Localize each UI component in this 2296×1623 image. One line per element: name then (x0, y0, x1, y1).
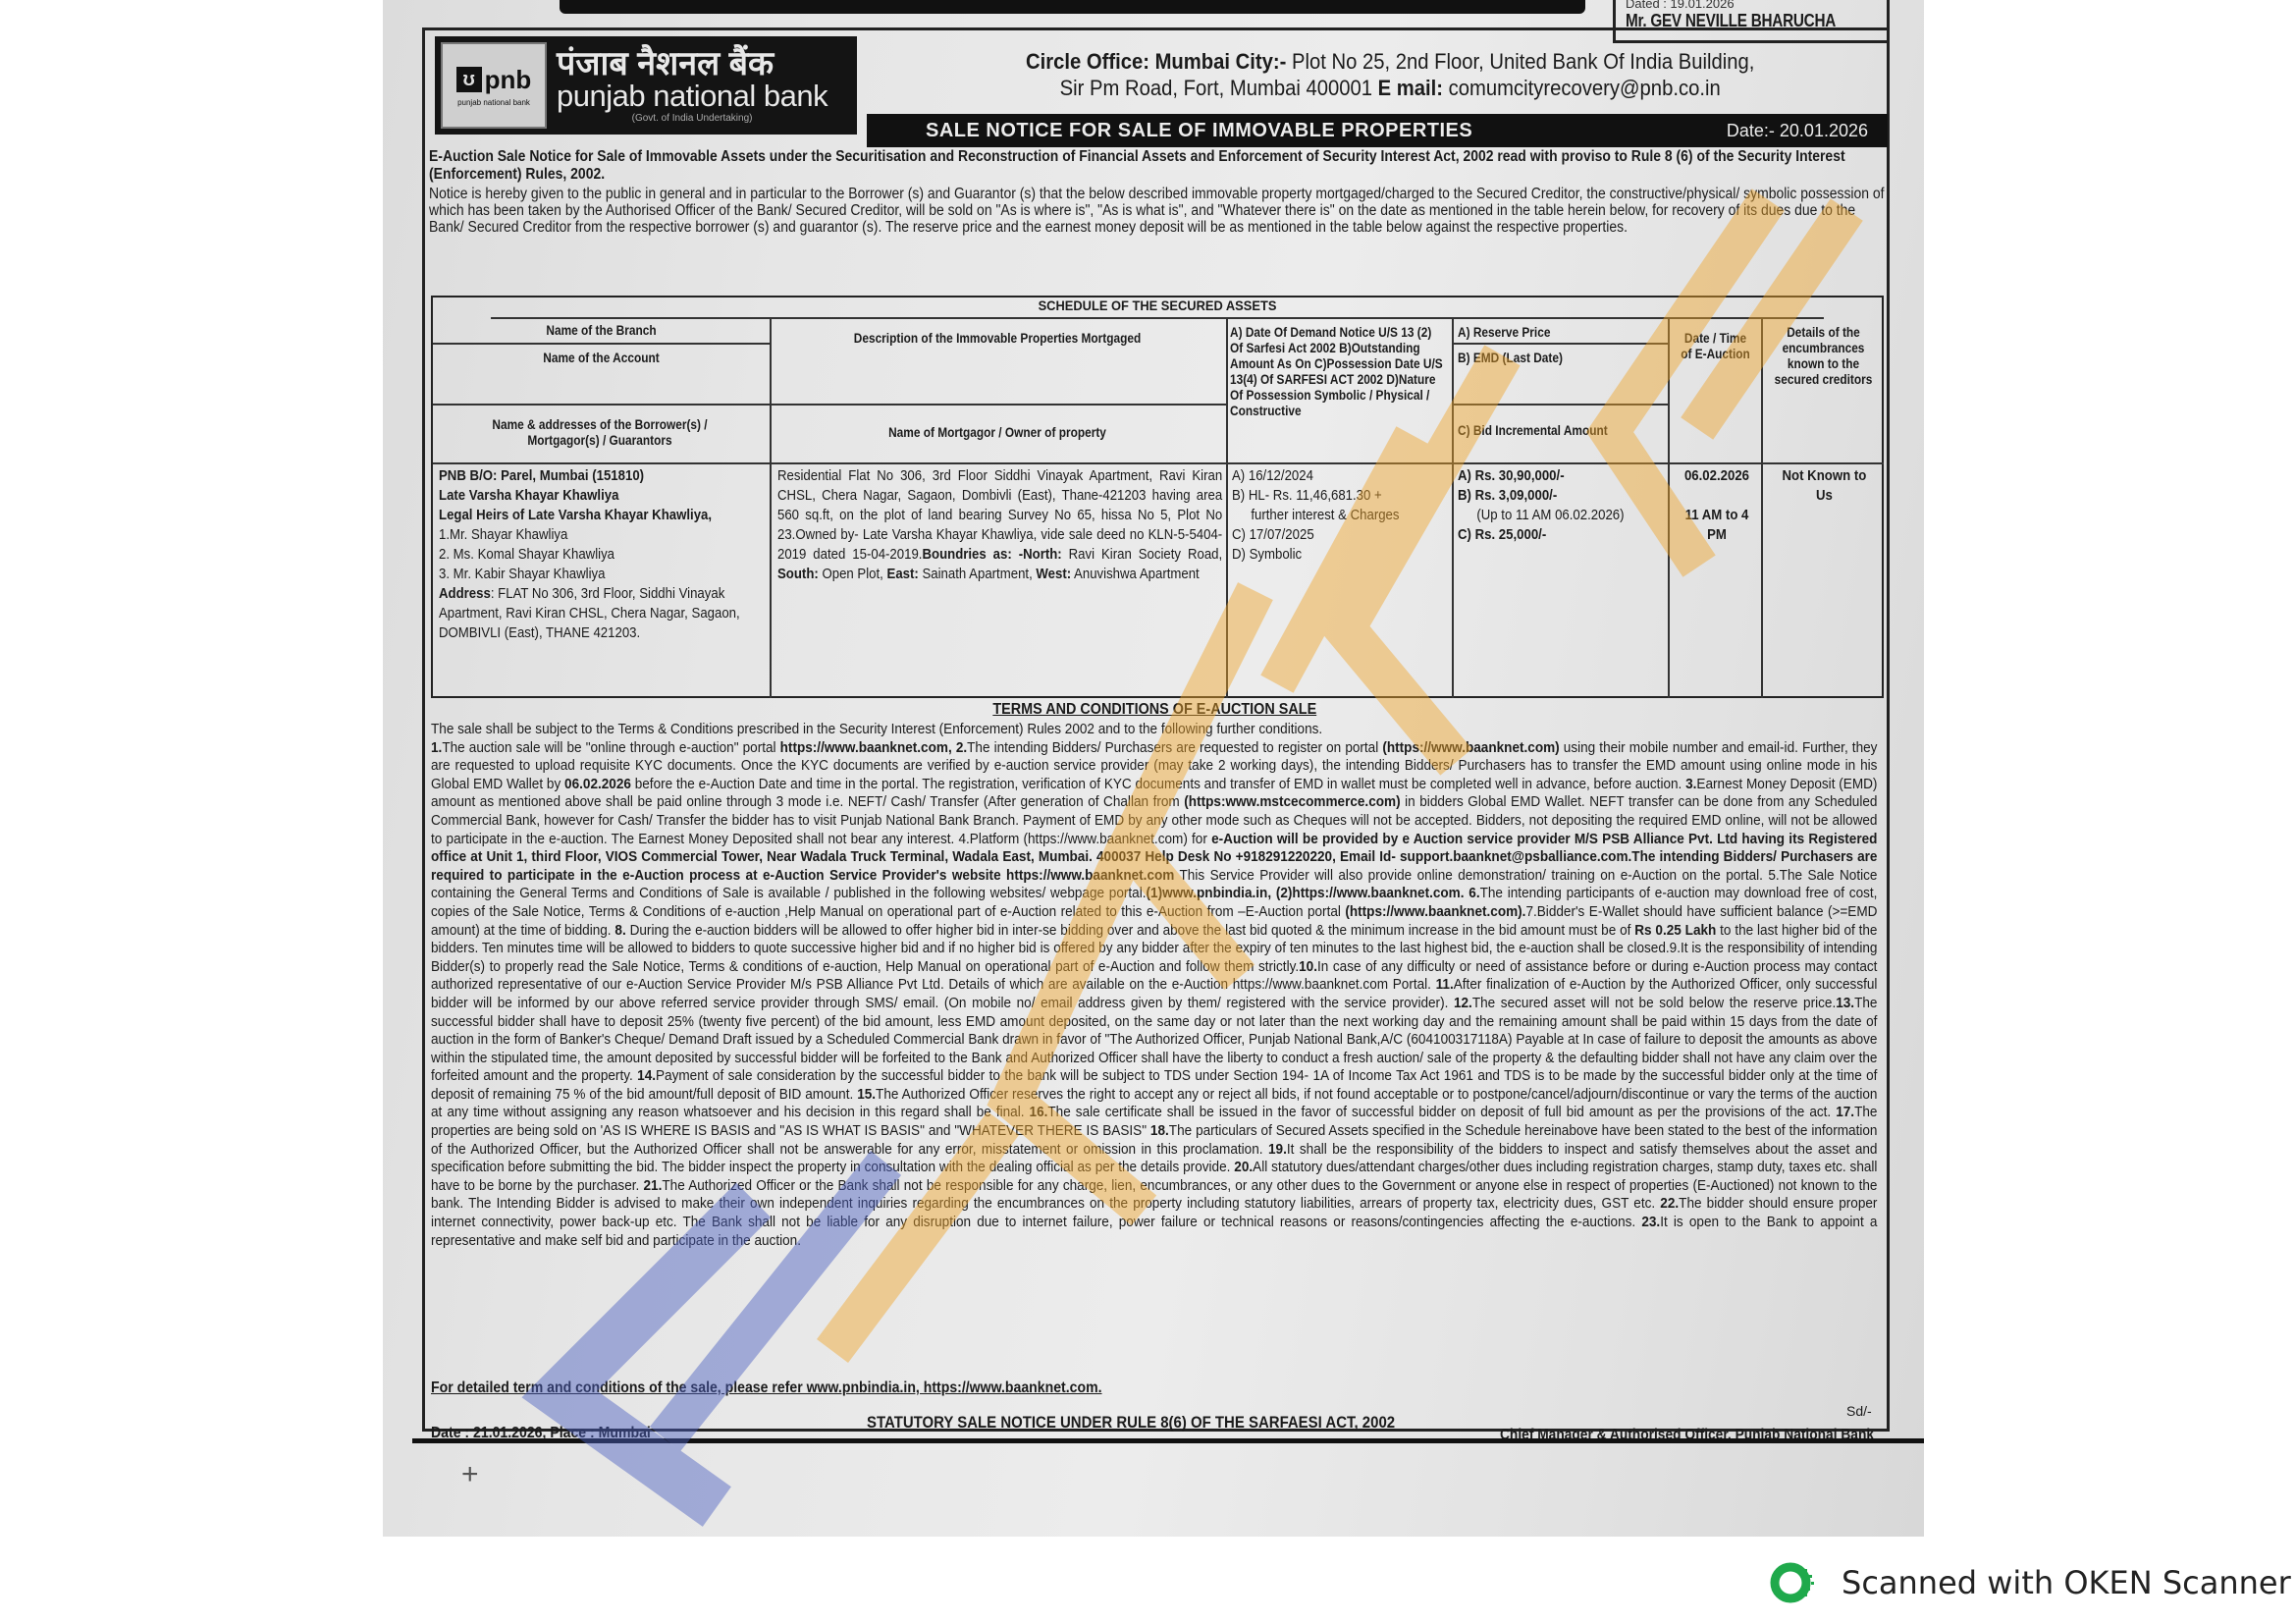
scanner-label: Scanned with OKEN Scanner (1842, 1564, 2291, 1601)
sale-title-band: SALE NOTICE FOR SALE OF IMMOVABLE PROPER… (867, 114, 1888, 147)
col-description: Description of the Immovable Properties … (772, 319, 1228, 698)
reserve-cell: A) Rs. 30,90,000/- B) Rs. 3,09,000/- (Up… (1458, 466, 1670, 545)
oken-scanner-logo-icon (1765, 1553, 1824, 1612)
encumbrances-cell: Not Known to Us (1777, 466, 1872, 506)
logo-english: punjab national bank (557, 81, 828, 113)
statutory-heading: STATUTORY SALE NOTICE UNDER RULE 8(6) OF… (867, 1413, 1395, 1433)
scanner-watermark: Scanned with OKEN Scanner (1765, 1553, 2291, 1612)
pnb-logo-icon: ʊpnb punjab national bank (441, 42, 547, 129)
circle-office-address: Circle Office: Mumbai City:- Plot No 25,… (975, 48, 1805, 101)
logo-hindi: पंजाब नैशनल बैंक (557, 47, 828, 81)
crosshair-mark: + (461, 1458, 479, 1491)
detailed-terms-link: For detailed term and conditions of the … (431, 1380, 1102, 1397)
col-demand: A) Date Of Demand Notice U/S 13 (2) Of S… (1228, 319, 1454, 698)
schedule-title: SCHEDULE OF THE SECURED ASSETS (491, 298, 1824, 319)
col-auction-date: Date / Time of E-Auction 06.02.2026 11 A… (1670, 319, 1763, 698)
borrower-cell: PNB B/O: Parel, Mumbai (151810) Late Var… (439, 466, 772, 643)
top-black-bar (560, 0, 1585, 14)
signbox-dated: Dated : 19.01.2026 (1626, 0, 1877, 11)
bottom-rule (412, 1438, 1924, 1443)
description-cell: Residential Flat No 306, 3rd Floor Siddh… (777, 466, 1222, 584)
terms-body: The sale shall be subject to the Terms &… (431, 721, 1877, 1250)
col-borrower: Name of the Branch Name of the Account N… (433, 319, 772, 698)
sale-notice: ʊpnb punjab national bank पंजाब नैशनल बै… (422, 27, 1890, 1432)
intro-heading: E-Auction Sale Notice for Sale of Immova… (429, 148, 1887, 184)
terms-title: TERMS AND CONDITIONS OF E-AUCTION SALE (992, 701, 1316, 719)
pnb-logo: ʊpnb punjab national bank पंजाब नैशनल बै… (435, 36, 857, 135)
signature-mark: Sd/- (1846, 1403, 1872, 1419)
email-text: comumcityrecovery@pnb.co.in (1449, 76, 1721, 100)
scanned-newspaper-page: Dated : 19.01.2026 Mr. GEV NEVILLE BHARU… (383, 0, 1924, 1537)
auction-date-cell: 06.02.2026 11 AM to 4 PM (1674, 466, 1760, 545)
logo-subtitle: (Govt. of India Undertaking) (557, 113, 828, 124)
intro-body: Notice is hereby given to the public in … (429, 186, 1887, 236)
notice-date: Date:- 20.01.2026 (1727, 121, 1868, 141)
sale-title: SALE NOTICE FOR SALE OF IMMOVABLE PROPER… (886, 120, 1727, 142)
schedule-table: SCHEDULE OF THE SECURED ASSETS Name of t… (431, 296, 1884, 698)
demand-cell: A) 16/12/2024 B) HL- Rs. 11,46,681.30 + … (1232, 466, 1448, 565)
col-reserve: A) Reserve Price B) EMD (Last Date) C) B… (1454, 319, 1670, 698)
col-encumbrances: Details of the encumbrances known to the… (1763, 319, 1884, 698)
